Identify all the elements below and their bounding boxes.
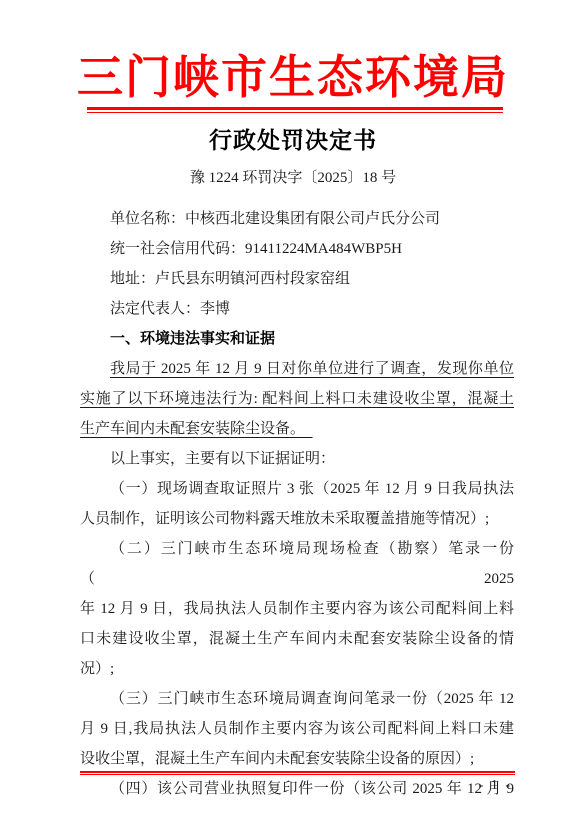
header-rule-thick-line xyxy=(87,107,503,110)
violation-line-1: 我局于 2025 年 12 月 9 日对你单位进行了调查，发现你单位 xyxy=(80,354,514,384)
footer-rule-thin-line xyxy=(80,774,515,775)
credit-code-line: 统一社会信用代码：91411224MA484WBP5H xyxy=(80,234,514,264)
evidence-2-line-2: 年 12 月 9 日，我局执法人员制作主要内容为该公司配料间上料 xyxy=(80,594,514,624)
violation-line-2: 实施了以下环境违法行为: 配料间上料口未建设收尘罩，混凝土 xyxy=(80,384,514,414)
violation-line-3: 生产车间内未配套安装除尘设备。 xyxy=(80,414,514,444)
evidence-3-line-2: 月 9 日,我局执法人员制作主要内容为该公司配料间上料口未建 xyxy=(80,714,514,744)
evidence-1-line-2: 人员制作，证明该公司物料露天堆放未采取覆盖措施等情况）; xyxy=(80,504,514,534)
evidence-intro-line: 以上事实，主要有以下证据证明： xyxy=(80,444,514,474)
document-title: 行政处罚决定书 xyxy=(0,122,586,155)
evidence-3-line-1: （三）三门峡市生态环境局调查询问笔录一份（2025 年 12 xyxy=(80,684,514,714)
address-line: 地址：卢氏县东明镇河西村段家窑组 xyxy=(80,264,514,294)
document-body: 单位名称：中核西北建设集团有限公司卢氏分公司 统一社会信用代码：91411224… xyxy=(80,204,514,804)
document-page: 三门峡市生态环境局 行政处罚决定书 豫 1224 环罚决字〔2025〕18 号 … xyxy=(0,0,586,828)
page-number: - 1 - xyxy=(80,778,515,794)
document-number: 豫 1224 环罚决字〔2025〕18 号 xyxy=(0,166,586,187)
header-rule-thin-line xyxy=(87,112,503,113)
header-double-rule xyxy=(87,107,503,113)
agency-title: 三门峡市生态环境局 xyxy=(0,52,586,104)
section-heading: 一、环境违法事实和证据 xyxy=(80,324,514,354)
evidence-3-line-3: 设收尘罩，混凝土生产车间内未配套安装除尘设备的原因）; xyxy=(80,744,514,774)
evidence-2-line-1: （二）三门峡市生态环境局现场检查（勘察）笔录一份（2025 xyxy=(80,534,514,594)
legal-representative-line: 法定代表人：李博 xyxy=(80,294,514,324)
evidence-2-line-4: 况）; xyxy=(80,654,514,684)
evidence-2-line-3: 口未建设收尘罩，混凝土生产车间内未配套安装除尘设备的情 xyxy=(80,624,514,654)
unit-name-line: 单位名称：中核西北建设集团有限公司卢氏分公司 xyxy=(80,204,514,234)
evidence-1-line-1: （一）现场调查取证照片 3 张（2025 年 12 月 9 日我局执法 xyxy=(80,474,514,504)
page-footer: - 1 - xyxy=(80,771,515,794)
footer-rule-thick-line xyxy=(80,771,515,773)
